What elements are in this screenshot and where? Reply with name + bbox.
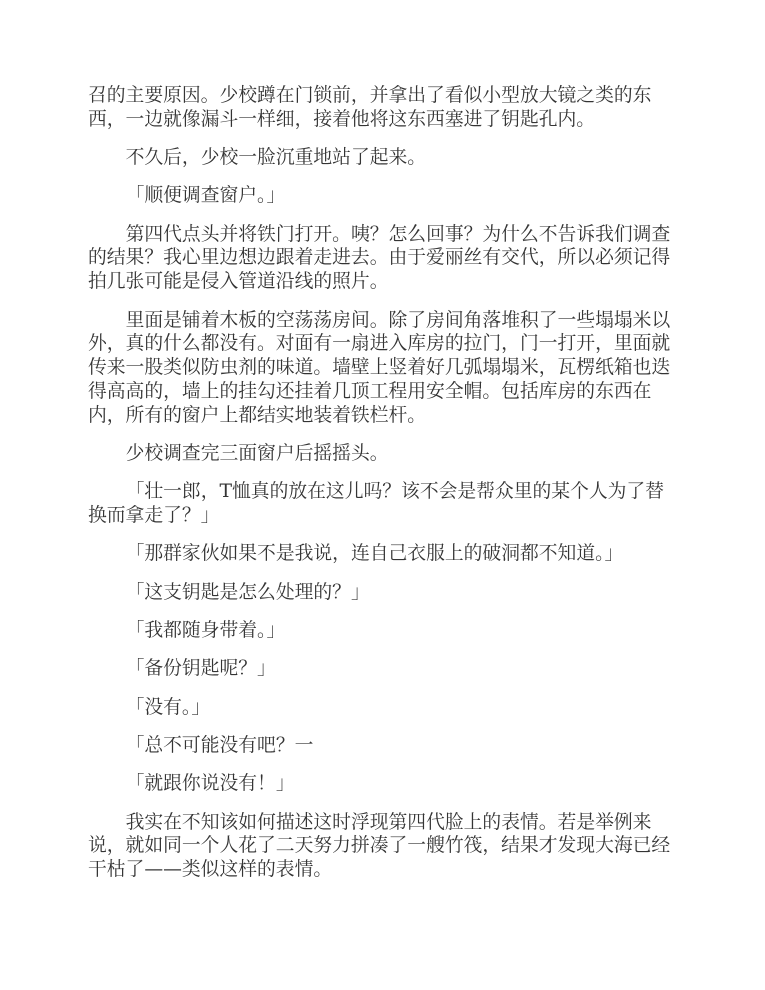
dialogue-paragraph: 「我都随身带着。」 [88, 619, 676, 643]
paragraph: 少校调查完三面窗户后摇摇头。 [88, 442, 676, 466]
dialogue-paragraph: 「就跟你说没有！」 [88, 772, 676, 796]
paragraph: 里面是铺着木板的空荡荡房间。除了房间角落堆积了一些塌塌米以外，真的什么都没有。对… [88, 309, 676, 428]
dialogue-paragraph: 「没有。」 [88, 696, 676, 720]
paragraph: 召的主要原因。少校蹲在门锁前，并拿出了看似小型放大镜之类的东西，一边就像漏斗一样… [88, 84, 676, 132]
paragraph: 不久后，少校一脸沉重地站了起来。 [88, 146, 676, 170]
book-page: 召的主要原因。少校蹲在门锁前，并拿出了看似小型放大镜之类的东西，一边就像漏斗一样… [0, 0, 765, 990]
dialogue-paragraph: 「那群家伙如果不是我说，连自己衣服上的破洞都不知道。」 [88, 542, 676, 566]
dialogue-paragraph: 「总不可能没有吧？一 [88, 734, 676, 758]
dialogue-paragraph: 「顺便调查窗户。」 [88, 184, 676, 208]
paragraph: 我实在不知该如何描述这时浮现第四代脸上的表情。若是举例来说，就如同一个人花了二天… [88, 811, 676, 882]
dialogue-paragraph: 「这支钥匙是怎么处理的？」 [88, 581, 676, 605]
dialogue-paragraph: 「壮一郎，T恤真的放在这儿吗？该不会是帮众里的某个人为了替换而拿走了？」 [88, 480, 676, 528]
dialogue-paragraph: 「备份钥匙呢？」 [88, 657, 676, 681]
paragraph: 第四代点头并将铁门打开。咦？怎么回事？为什么不告诉我们调查的结果？我心里边想边跟… [88, 223, 676, 294]
